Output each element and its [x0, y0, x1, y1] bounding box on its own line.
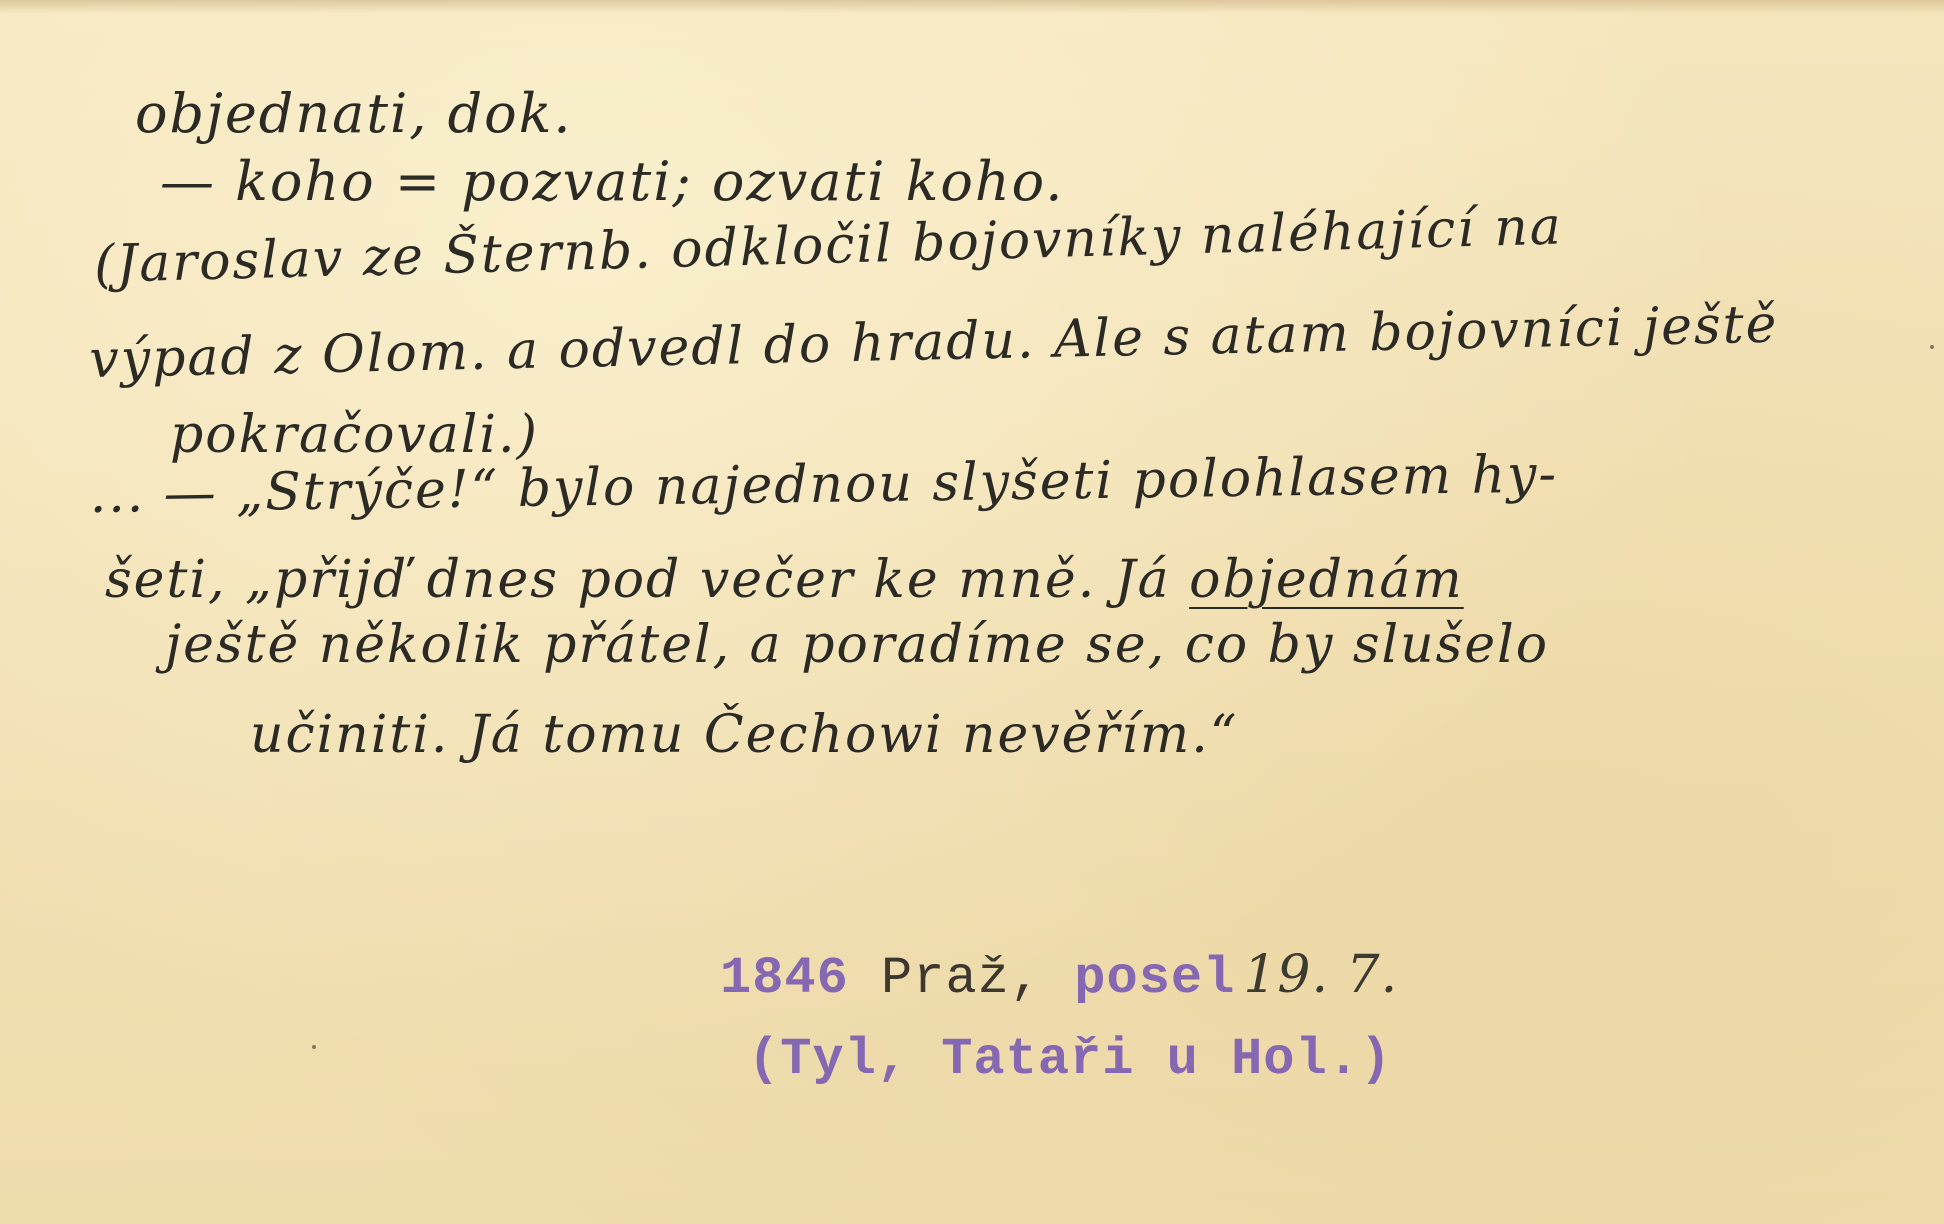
source-stamp-line-2: (Tyl, Tataři u Hol.) [748, 1030, 1392, 1089]
stamp-word: posel [1074, 949, 1235, 1008]
underlined-headword: objednám [1189, 550, 1464, 610]
handwritten-date: 19. 7. [1243, 945, 1398, 1005]
handwritten-line-4: výpad z Olom. a odvedl do hradu. Ale s a… [89, 295, 1779, 390]
stamp-typed-word: Praž, [881, 949, 1042, 1008]
handwritten-line-2: — koho = pozvati; ozvati koho. [160, 150, 1064, 213]
stamp-number: 1846 [720, 949, 849, 1008]
dictionary-card: objednati, dok. — koho = pozvati; ozvati… [0, 0, 1944, 1224]
paper-speck [1930, 345, 1934, 349]
source-stamp-line-1: 1846 Praž, posel19. 7. [720, 945, 1398, 1008]
card-top-edge [0, 0, 1944, 14]
handwritten-line-9: učiniti. Já tomu Čechowi nevěřím.“ [250, 705, 1238, 765]
handwritten-line-1: objednati, dok. [135, 82, 573, 145]
handwritten-line-5: pokračovali.) [170, 405, 539, 465]
paper-speck [312, 1045, 316, 1049]
handwritten-line-7: šeti, „přijď dnes pod večer ke mně. Já o… [105, 550, 1464, 610]
line-7-text: šeti, „přijď dnes pod večer ke mně. Já [105, 550, 1189, 610]
handwritten-line-8: ještě několik přátel, a poradíme se, co … [165, 615, 1549, 675]
